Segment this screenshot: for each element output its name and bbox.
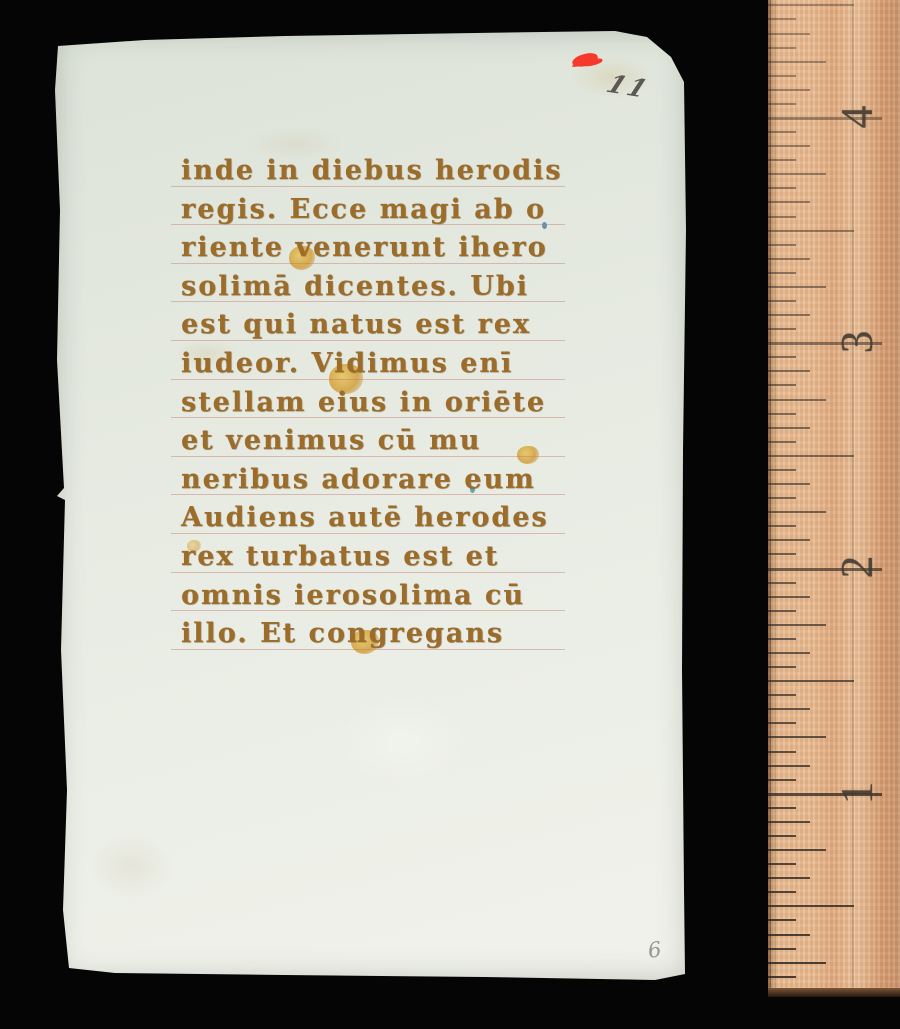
ruler-tick <box>768 244 796 246</box>
ruler-tick <box>768 61 826 63</box>
ruler-tick <box>768 441 796 443</box>
manuscript-text-line: rex turbatus est et <box>181 538 581 577</box>
ruler-tick <box>768 905 854 907</box>
ruler-tick <box>768 948 796 950</box>
manuscript-text-line: est qui natus est rex <box>181 306 581 345</box>
ruler-tick <box>768 4 854 6</box>
ruler-tick <box>768 751 796 753</box>
ruler-tick <box>768 919 796 921</box>
ruler-tick <box>768 497 796 499</box>
ruler-tick <box>768 427 810 429</box>
ruler-tick <box>768 286 826 288</box>
ruler-tick <box>768 765 810 767</box>
ruler-tick <box>768 314 810 316</box>
ruler-tick <box>768 666 796 668</box>
ruler-tick <box>768 328 796 330</box>
ruler-tick <box>768 891 796 893</box>
ruler-tick <box>768 821 810 823</box>
manuscript-text-line: omnis ierosolima cū <box>181 577 581 616</box>
manuscript-text-line: et venimus cū mu <box>181 422 581 461</box>
ruler-tick <box>768 455 854 457</box>
ruler-tick <box>768 230 854 232</box>
ruler-tick <box>768 75 796 77</box>
ruler-tick <box>768 525 796 527</box>
manuscript-text-line: iudeor. Vidimus enī <box>181 345 581 384</box>
manuscript-text-line: inde in diebus herodis <box>181 152 581 191</box>
ruler-tick <box>768 173 826 175</box>
ruler-tick <box>768 596 810 598</box>
manuscript-text-line: Audiens autē herodes <box>181 499 581 538</box>
ruler-tick <box>768 272 796 274</box>
ruler-tick <box>768 807 796 809</box>
ruler-tick <box>768 877 810 879</box>
ruler-tick <box>768 33 810 35</box>
ruler-tick <box>768 638 796 640</box>
ruler-tick <box>768 201 810 203</box>
ruler-tick <box>768 384 796 386</box>
page-number: 11 <box>602 70 654 104</box>
ruler-tick <box>768 103 796 105</box>
ruler-tick <box>768 131 796 133</box>
ruler-tick <box>768 145 810 147</box>
ruler-inch-label: 4 <box>829 91 883 143</box>
ruler-tick <box>768 47 796 49</box>
ruler-tick <box>768 413 796 415</box>
ruler-groove <box>852 0 854 997</box>
ruler-tick <box>768 187 796 189</box>
ruler-inch-label: 2 <box>829 541 883 593</box>
ruler-tick <box>768 624 826 626</box>
ruler-tick <box>768 399 826 401</box>
red-ink-mark <box>571 51 599 68</box>
ruler-tick <box>768 511 826 513</box>
ruler-tick <box>768 779 796 781</box>
ruler-tick <box>768 976 796 978</box>
ruler-tick <box>768 483 810 485</box>
ruler-tick <box>768 694 796 696</box>
manuscript-text-line: illo. Et congregans <box>181 615 581 654</box>
ruler-tick <box>768 962 826 964</box>
ruler-tick <box>768 89 810 91</box>
ruler-tick <box>768 863 796 865</box>
manuscript-text-line: solimā dicentes. Ubi <box>181 268 581 307</box>
manuscript-text-line: neribus adorare eum <box>181 461 581 500</box>
ruler-tick <box>768 159 796 161</box>
manuscript-text-line: stellam eius in oriēte <box>181 384 581 423</box>
ruler-tick <box>768 582 796 584</box>
ruler-inch-label: 3 <box>829 316 883 368</box>
ruler-inch-label: 1 <box>829 767 883 819</box>
ruler-tick <box>768 300 796 302</box>
manuscript-text-block: inde in diebus herodis regis. Ecce magi … <box>181 152 581 654</box>
ruler-tick <box>768 539 810 541</box>
ruler-tick <box>768 370 810 372</box>
photo-backdrop: inde in diebus herodis regis. Ecce magi … <box>0 0 900 1029</box>
ruler-tick <box>768 934 810 936</box>
ruler-tick <box>768 680 854 682</box>
ruler-tick <box>768 216 796 218</box>
manuscript-leaf: inde in diebus herodis regis. Ecce magi … <box>55 30 688 980</box>
ruler-tick <box>768 835 796 837</box>
ruler-tick <box>768 652 810 654</box>
ruler-tick <box>768 736 826 738</box>
ruler-tick <box>768 469 796 471</box>
pencil-note: 6 <box>646 937 663 963</box>
ruler: 4 3 2 1 <box>768 0 900 997</box>
ruler-tick <box>768 18 796 20</box>
ruler-tick <box>768 610 796 612</box>
ruler-tick <box>768 356 796 358</box>
ruler-tick <box>768 849 826 851</box>
manuscript-text-line: riente venerunt ihero <box>181 229 581 268</box>
ruler-tick <box>768 708 810 710</box>
ruler-tick <box>768 722 796 724</box>
ruler-tick <box>768 553 796 555</box>
ruler-tick <box>768 258 810 260</box>
manuscript-text-line: regis. Ecce magi ab o <box>181 191 581 230</box>
